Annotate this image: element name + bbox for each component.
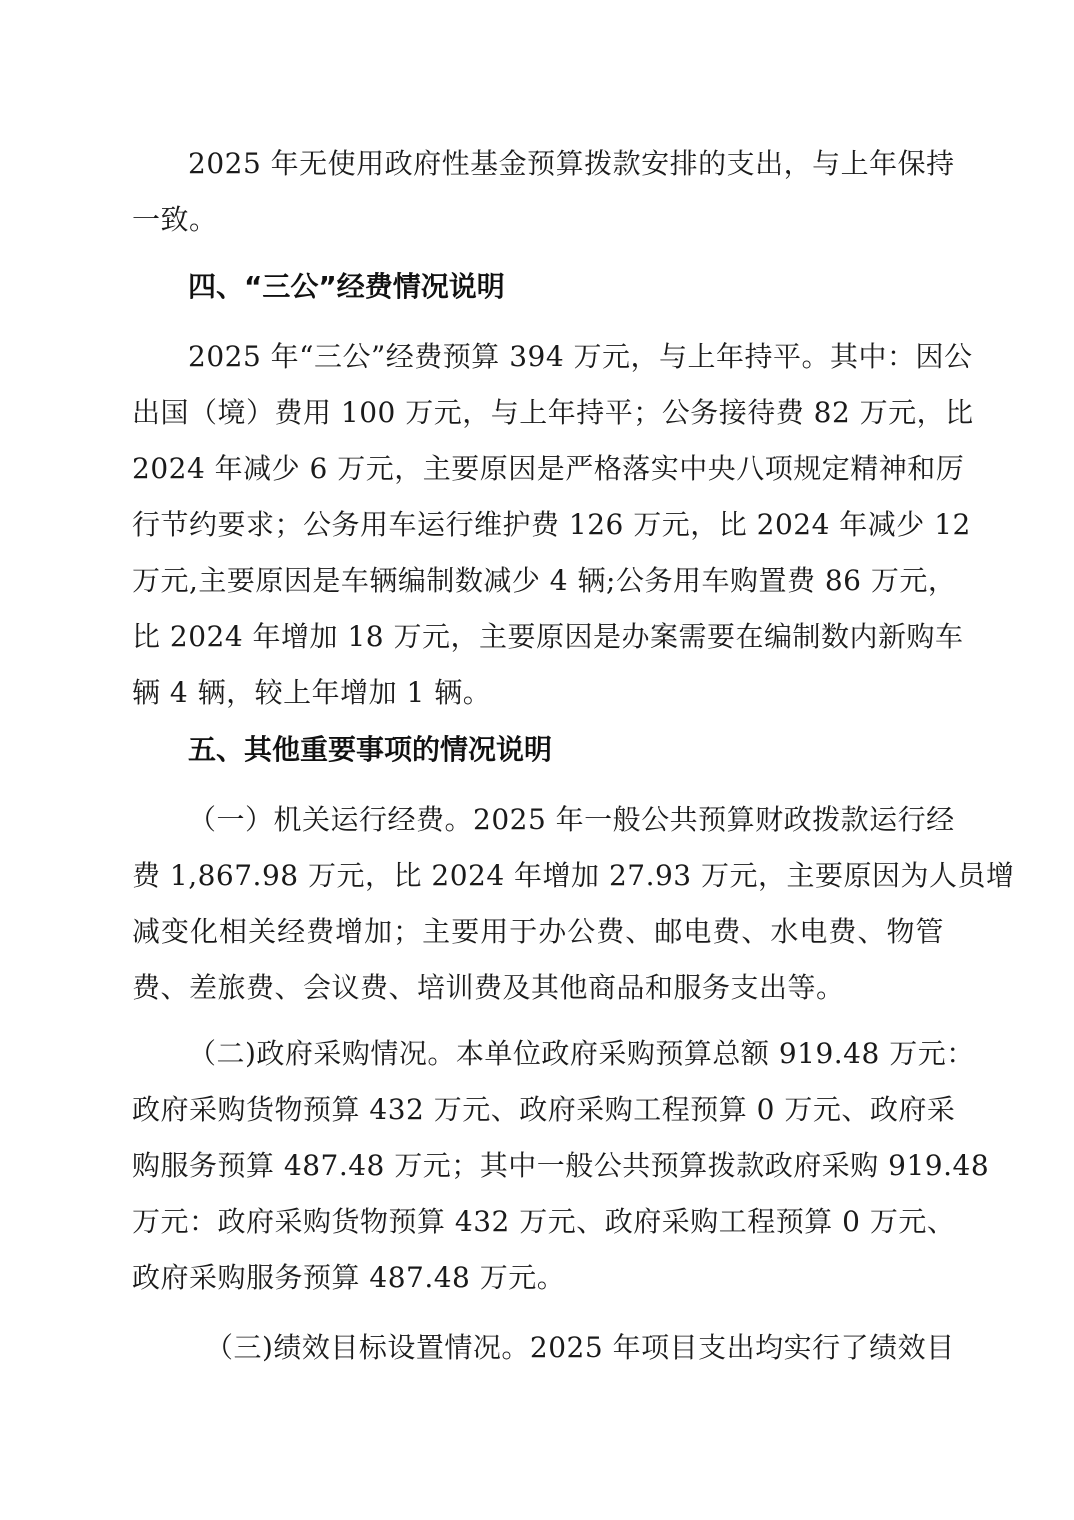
text-line: 费、差旅费、会议费、培训费及其他商品和服务支出等。 bbox=[132, 968, 944, 1008]
text-line: 费 1,867.98 万元，比 2024 年增加 27.93 万元，主要原因为人… bbox=[132, 856, 944, 896]
text-line: （二)政府采购情况。本单位政府采购预算总额 919.48 万元： bbox=[188, 1034, 944, 1074]
text-line: 2024 年减少 6 万元，主要原因是严格落实中央八项规定精神和厉 bbox=[132, 449, 944, 489]
document-page: 2025 年无使用政府性基金预算拨款安排的支出，与上年保持 一致。 四、“三公”… bbox=[0, 0, 1074, 1520]
text-line: 2025 年无使用政府性基金预算拨款安排的支出，与上年保持 bbox=[188, 144, 944, 184]
text-line: 行节约要求；公务用车运行维护费 126 万元，比 2024 年减少 12 bbox=[132, 505, 944, 545]
text-line: 辆 4 辆，较上年增加 1 辆。 bbox=[132, 673, 944, 713]
section-heading-other-matters: 五、其他重要事项的情况说明 bbox=[188, 730, 552, 770]
text-line: 出国（境）费用 100 万元，与上年持平；公务接待费 82 万元，比 bbox=[132, 393, 944, 433]
text-line: 一致。 bbox=[132, 200, 944, 240]
text-line: （三)绩效目标设置情况。2025 年项目支出均实行了绩效目 bbox=[205, 1328, 944, 1368]
text-line: 万元,主要原因是车辆编制数减少 4 辆;公务用车购置费 86 万元， bbox=[132, 561, 944, 601]
text-line: 政府采购货物预算 432 万元、政府采购工程预算 0 万元、政府采 bbox=[132, 1090, 944, 1130]
text-line: 减变化相关经费增加；主要用于办公费、邮电费、水电费、物管 bbox=[132, 912, 944, 952]
text-line: 政府采购服务预算 487.48 万元。 bbox=[132, 1258, 944, 1298]
section-heading-three-public-expenses: 四、“三公”经费情况说明 bbox=[188, 267, 505, 307]
text-line: （一）机关运行经费。2025 年一般公共预算财政拨款运行经 bbox=[188, 800, 944, 840]
text-line: 2025 年“三公”经费预算 394 万元，与上年持平。其中：因公 bbox=[188, 337, 944, 377]
text-line: 比 2024 年增加 18 万元，主要原因是办案需要在编制数内新购车 bbox=[132, 617, 944, 657]
text-line: 购服务预算 487.48 万元；其中一般公共预算拨款政府采购 919.48 bbox=[132, 1146, 944, 1186]
text-line: 万元：政府采购货物预算 432 万元、政府采购工程预算 0 万元、 bbox=[132, 1202, 944, 1242]
